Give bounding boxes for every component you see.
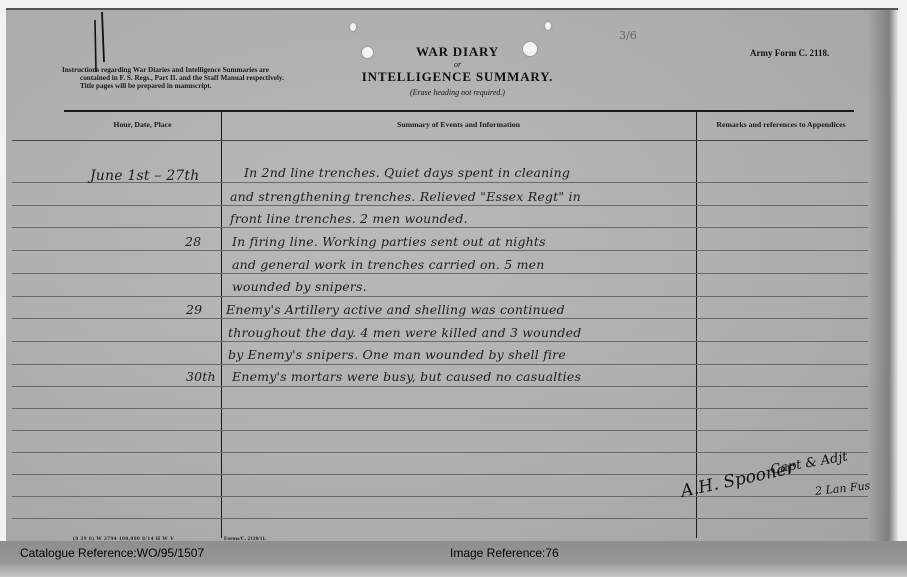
ruled-line (12, 452, 868, 453)
catalogue-reference: Catalogue Reference:WO/95/1507 (20, 546, 204, 560)
ruled-line (12, 518, 868, 519)
entry-line: Enemy's Artillery active and shelling wa… (226, 302, 565, 317)
entry-line: In firing line. Working parties sent out… (232, 234, 546, 249)
entry-line: Enemy's mortars were busy, but caused no… (232, 369, 581, 384)
forms-number: Forms/C. 2118/11. (224, 536, 266, 542)
entry-line: In 2nd line trenches. Quiet days spent i… (244, 165, 570, 180)
entry-line: by Enemy's snipers. One man wounded by s… (228, 347, 566, 362)
title-intelligence-summary: INTELLIGENCE SUMMARY. (340, 69, 575, 85)
column-header-summary: Summary of Events and Information (221, 120, 696, 129)
punch-hole (350, 23, 356, 31)
entry-line: and general work in trenches carried on.… (232, 257, 545, 272)
column-header-remarks: Remarks and references to Appendices (696, 120, 866, 129)
ruled-line (12, 341, 868, 342)
entry-line: wounded by snipers. (232, 279, 367, 294)
ruled-line (12, 408, 868, 409)
ruled-line (12, 250, 868, 251)
entry-line: front line trenches. 2 men wounded. (230, 211, 468, 226)
ruled-line (12, 273, 868, 274)
ink-marks (92, 12, 110, 74)
ruled-line (12, 140, 868, 141)
entry-date: 28 (185, 234, 201, 249)
ruled-line (12, 205, 868, 206)
ruled-line (12, 318, 868, 319)
image-reference: Image Reference:76 (450, 546, 559, 560)
army-form-number: Army Form C. 2118. (750, 48, 829, 58)
ruled-line (12, 227, 868, 228)
ruled-line (12, 430, 868, 431)
ruled-line (12, 386, 868, 387)
printer-imprint: (0 29 6) W 2794 100,000 8/14 H W V (73, 536, 174, 542)
ruled-line (12, 496, 868, 497)
entry-date: 29 (186, 302, 202, 317)
ruled-line (12, 296, 868, 297)
form-instructions: Instructions regarding War Diaries and I… (62, 66, 295, 91)
title-war-diary: WAR DIARY (340, 44, 575, 60)
title-note: (Erase heading not required.) (340, 88, 575, 97)
entry-line: and strengthening trenches. Relieved "Es… (230, 189, 581, 204)
header-rule (64, 110, 854, 112)
title-or: or (340, 60, 575, 69)
entry-date: 30th (186, 369, 216, 384)
folio-stamp: 3/6 (619, 29, 637, 42)
column-header-date: Hour, Date, Place (64, 120, 221, 129)
form-title-block: WAR DIARY or INTELLIGENCE SUMMARY. (Eras… (340, 44, 575, 97)
entry-line: throughout the day. 4 men were killed an… (228, 325, 581, 340)
entry-date: June 1st – 27th (90, 168, 199, 184)
punch-hole (545, 22, 551, 30)
ruled-line (12, 364, 868, 365)
